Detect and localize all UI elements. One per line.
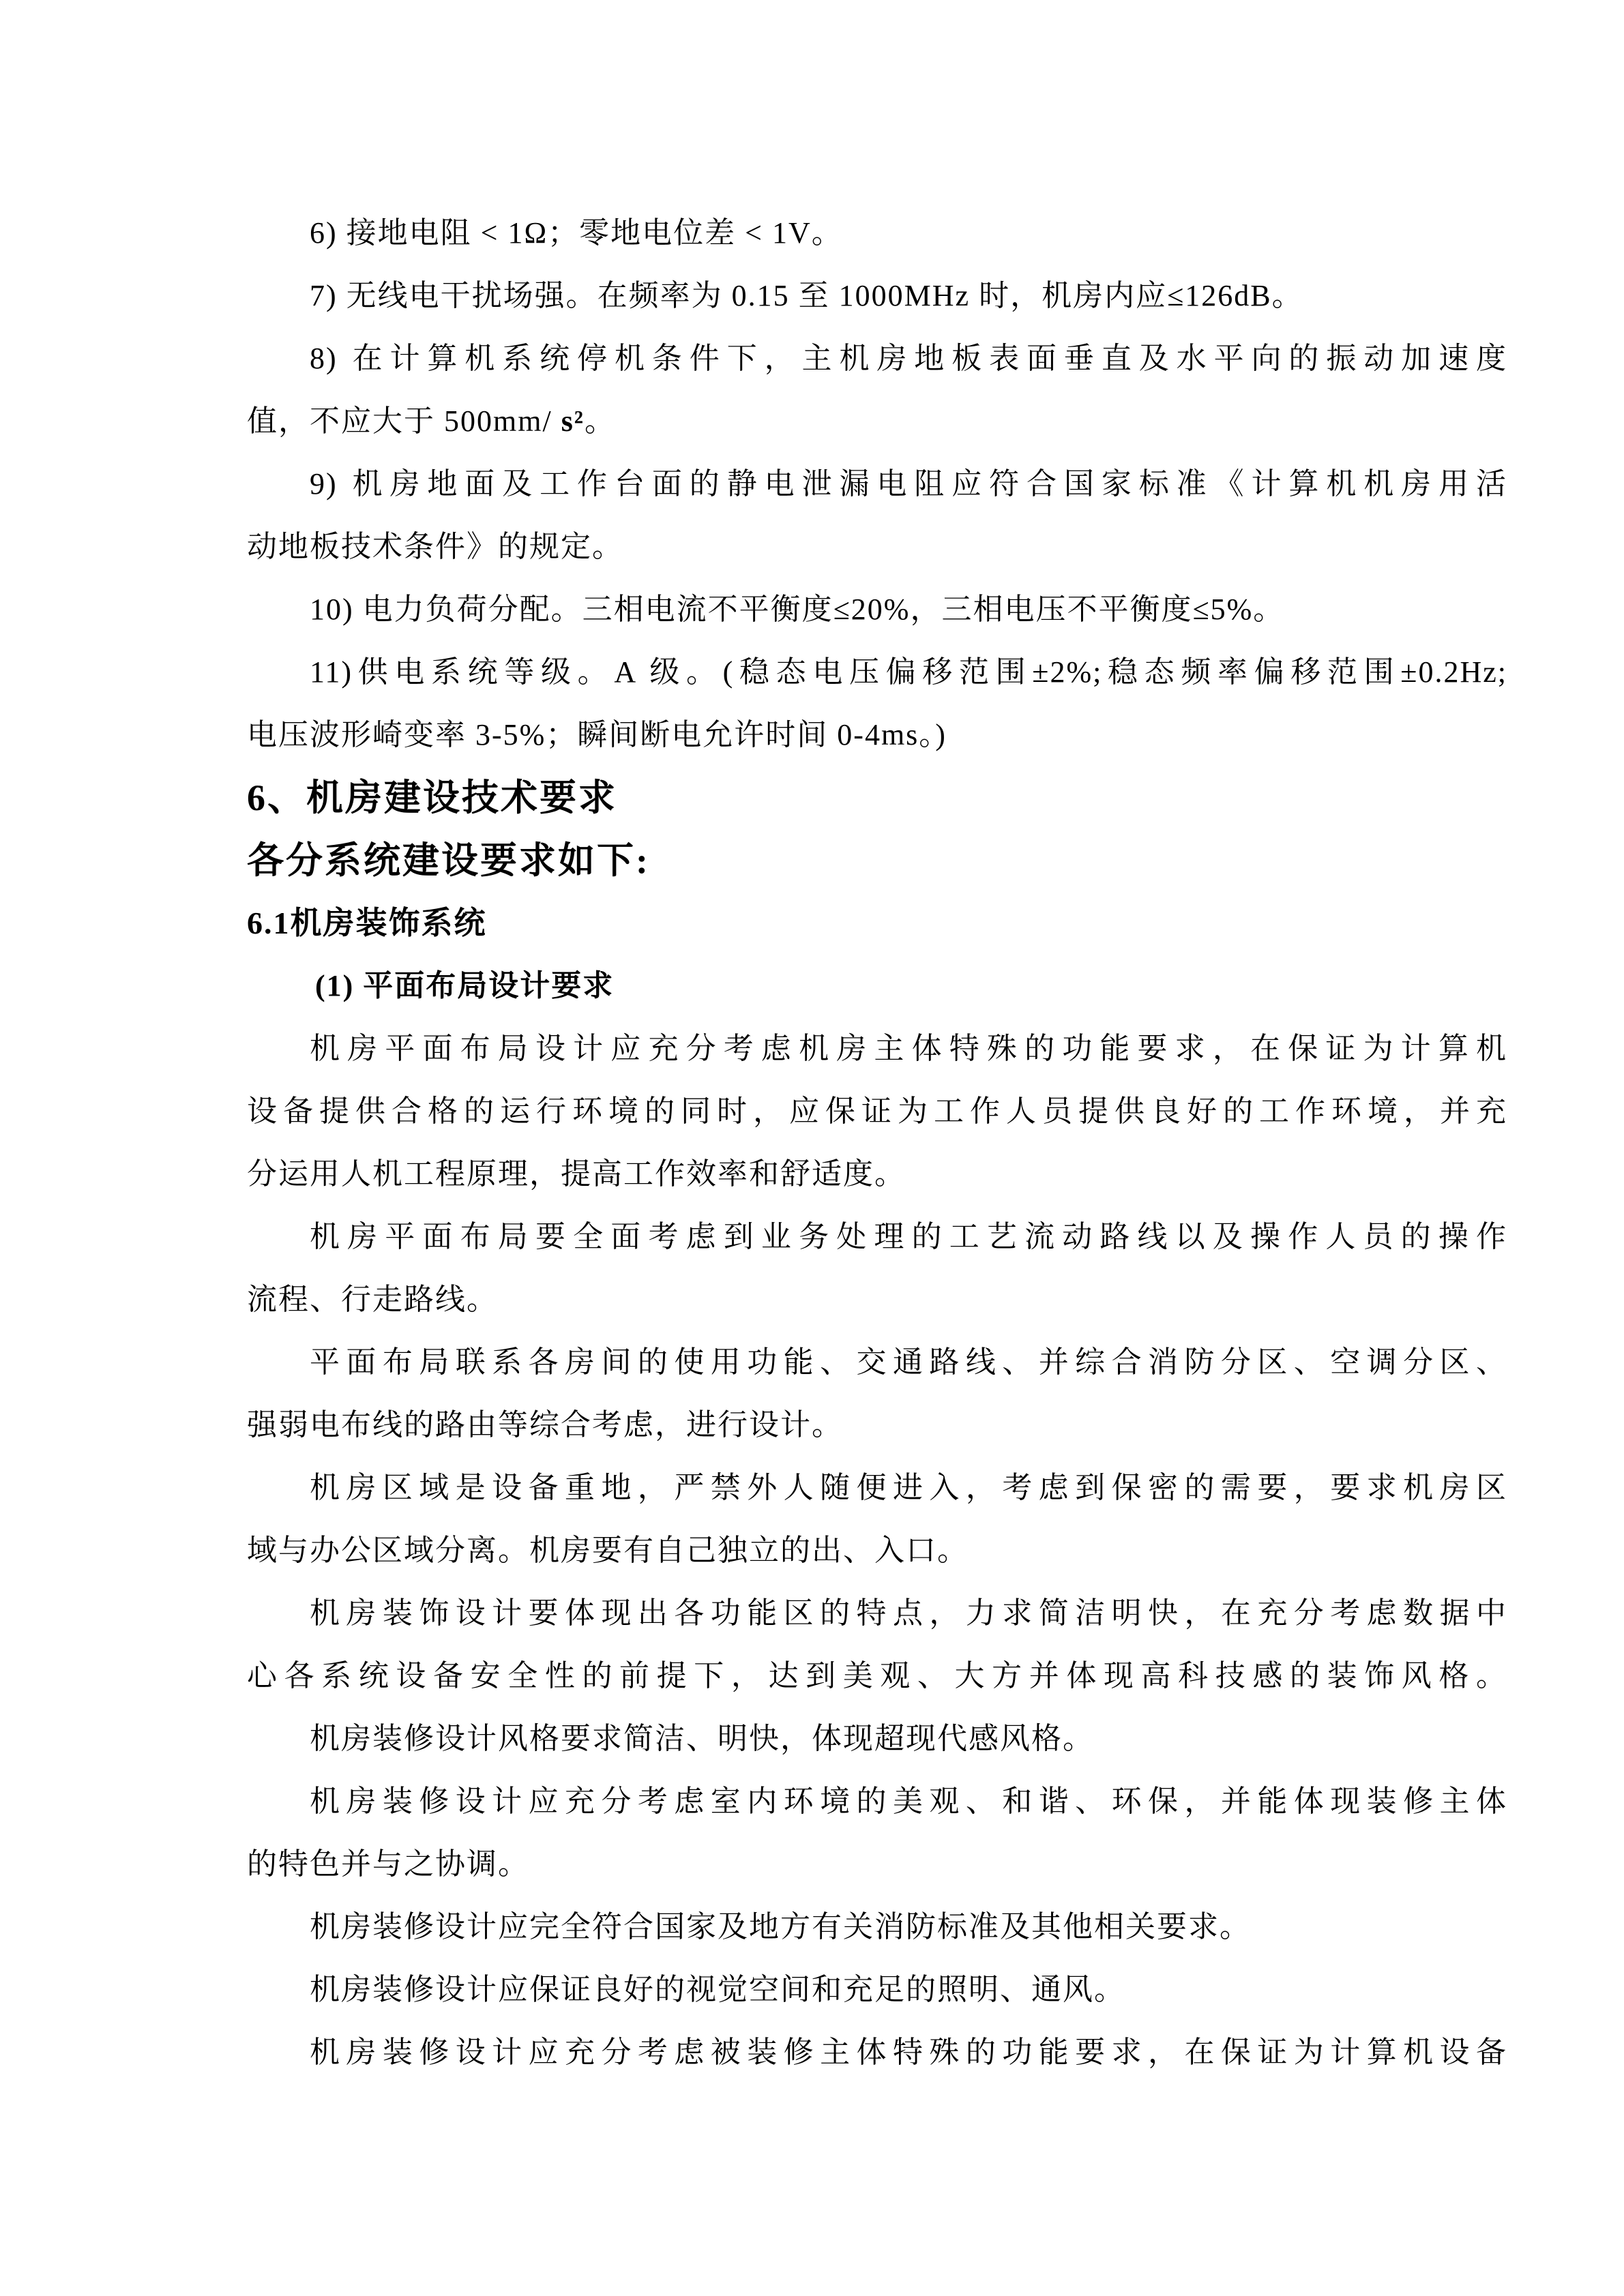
- spec-item-6-line: 6) 接地电阻 < 1Ω；零地电位差 < 1V。: [247, 202, 1507, 265]
- para-5-line-1: 机房装饰设计要体现出各功能区的特点，力求简洁明快，在充分考虑数据中: [247, 1582, 1507, 1645]
- chapter-heading: 6、机房建设技术要求: [247, 766, 1507, 829]
- spec-item-8-line-2: 值，不应大于 500mm/ s²。: [247, 390, 1507, 453]
- para-2-line-2: 流程、行走路线。: [247, 1268, 1507, 1331]
- para-8-line-1: 机房装修设计应完全符合国家及地方有关消防标准及其他相关要求。: [247, 1896, 1507, 1958]
- para-1-line-1: 机房平面布局设计应充分考虑机房主体特殊的功能要求，在保证为计算机: [247, 1017, 1507, 1080]
- document-page: 6) 接地电阻 < 1Ω；零地电位差 < 1V。 7) 无线电干扰场强。在频率为…: [0, 0, 1624, 2296]
- para-9-line-1: 机房装修设计应保证良好的视觉空间和充足的照明、通风。: [247, 1958, 1507, 2021]
- section-heading-6-1: 6.1机房装饰系统: [247, 892, 1507, 955]
- document-content: 6) 接地电阻 < 1Ω；零地电位差 < 1V。 7) 无线电干扰场强。在频率为…: [247, 202, 1507, 2084]
- clause-heading-1: (1) 平面布局设计要求: [247, 955, 1507, 1017]
- spec-item-9-line-1: 9) 机房地面及工作台面的静电泄漏电阻应符合国家标准《计算机机房用活: [247, 453, 1507, 516]
- para-2-line-1: 机房平面布局要全面考虑到业务处理的工艺流动路线以及操作人员的操作: [247, 1206, 1507, 1268]
- para-10-line-1: 机房装修设计应充分考虑被装修主体特殊的功能要求，在保证为计算机设备: [247, 2021, 1507, 2084]
- para-4-line-1: 机房区域是设备重地，严禁外人随便进入，考虑到保密的需要，要求机房区: [247, 1457, 1507, 1519]
- spec-item-10-line: 10) 电力负荷分配。三相电流不平衡度≤20%，三相电压不平衡度≤5%。: [247, 578, 1507, 641]
- para-7-line-1: 机房装修设计应充分考虑室内环境的美观、和谐、环保，并能体现装修主体: [247, 1770, 1507, 1833]
- spec-item-8-acceleration-unit: s²: [561, 404, 585, 438]
- spec-item-11-line-1: 11)供电系统等级。A 级。(稳态电压偏移范围±2%;稳态频率偏移范围±0.2H…: [247, 641, 1507, 704]
- para-3-line-2: 强弱电布线的路由等综合考虑，进行设计。: [247, 1394, 1507, 1457]
- para-6-line-1: 机房装修设计风格要求简洁、明快，体现超现代感风格。: [247, 1708, 1507, 1770]
- para-7-line-2: 的特色并与之协调。: [247, 1833, 1507, 1896]
- spec-item-7-line: 7) 无线电干扰场强。在频率为 0.15 至 1000MHz 时，机房内应≤12…: [247, 265, 1507, 327]
- spec-item-8-line-2-period: 。: [585, 404, 616, 438]
- chapter-subtitle: 各分系统建设要求如下:: [247, 829, 1507, 892]
- para-4-line-2: 域与办公区域分离。机房要有自己独立的出、入口。: [247, 1519, 1507, 1582]
- para-1-line-2: 设备提供合格的运行环境的同时，应保证为工作人员提供良好的工作环境，并充: [247, 1080, 1507, 1143]
- spec-item-8-line-1: 8) 在计算机系统停机条件下，主机房地板表面垂直及水平向的振动加速度: [247, 327, 1507, 390]
- spec-item-11-line-2: 电压波形崎变率 3-5%；瞬间断电允许时间 0-4ms。): [247, 704, 1507, 766]
- para-1-line-3: 分运用人机工程原理，提高工作效率和舒适度。: [247, 1143, 1507, 1206]
- spec-item-9-line-2: 动地板技术条件》的规定。: [247, 516, 1507, 578]
- para-3-line-1: 平面布局联系各房间的使用功能、交通路线、并综合消防分区、空调分区、: [247, 1331, 1507, 1394]
- para-5-line-2: 心各系统设备安全性的前提下，达到美观、大方并体现高科技感的装饰风格。: [247, 1645, 1507, 1708]
- spec-item-8-line-2-text: 值，不应大于 500mm/: [247, 404, 561, 438]
